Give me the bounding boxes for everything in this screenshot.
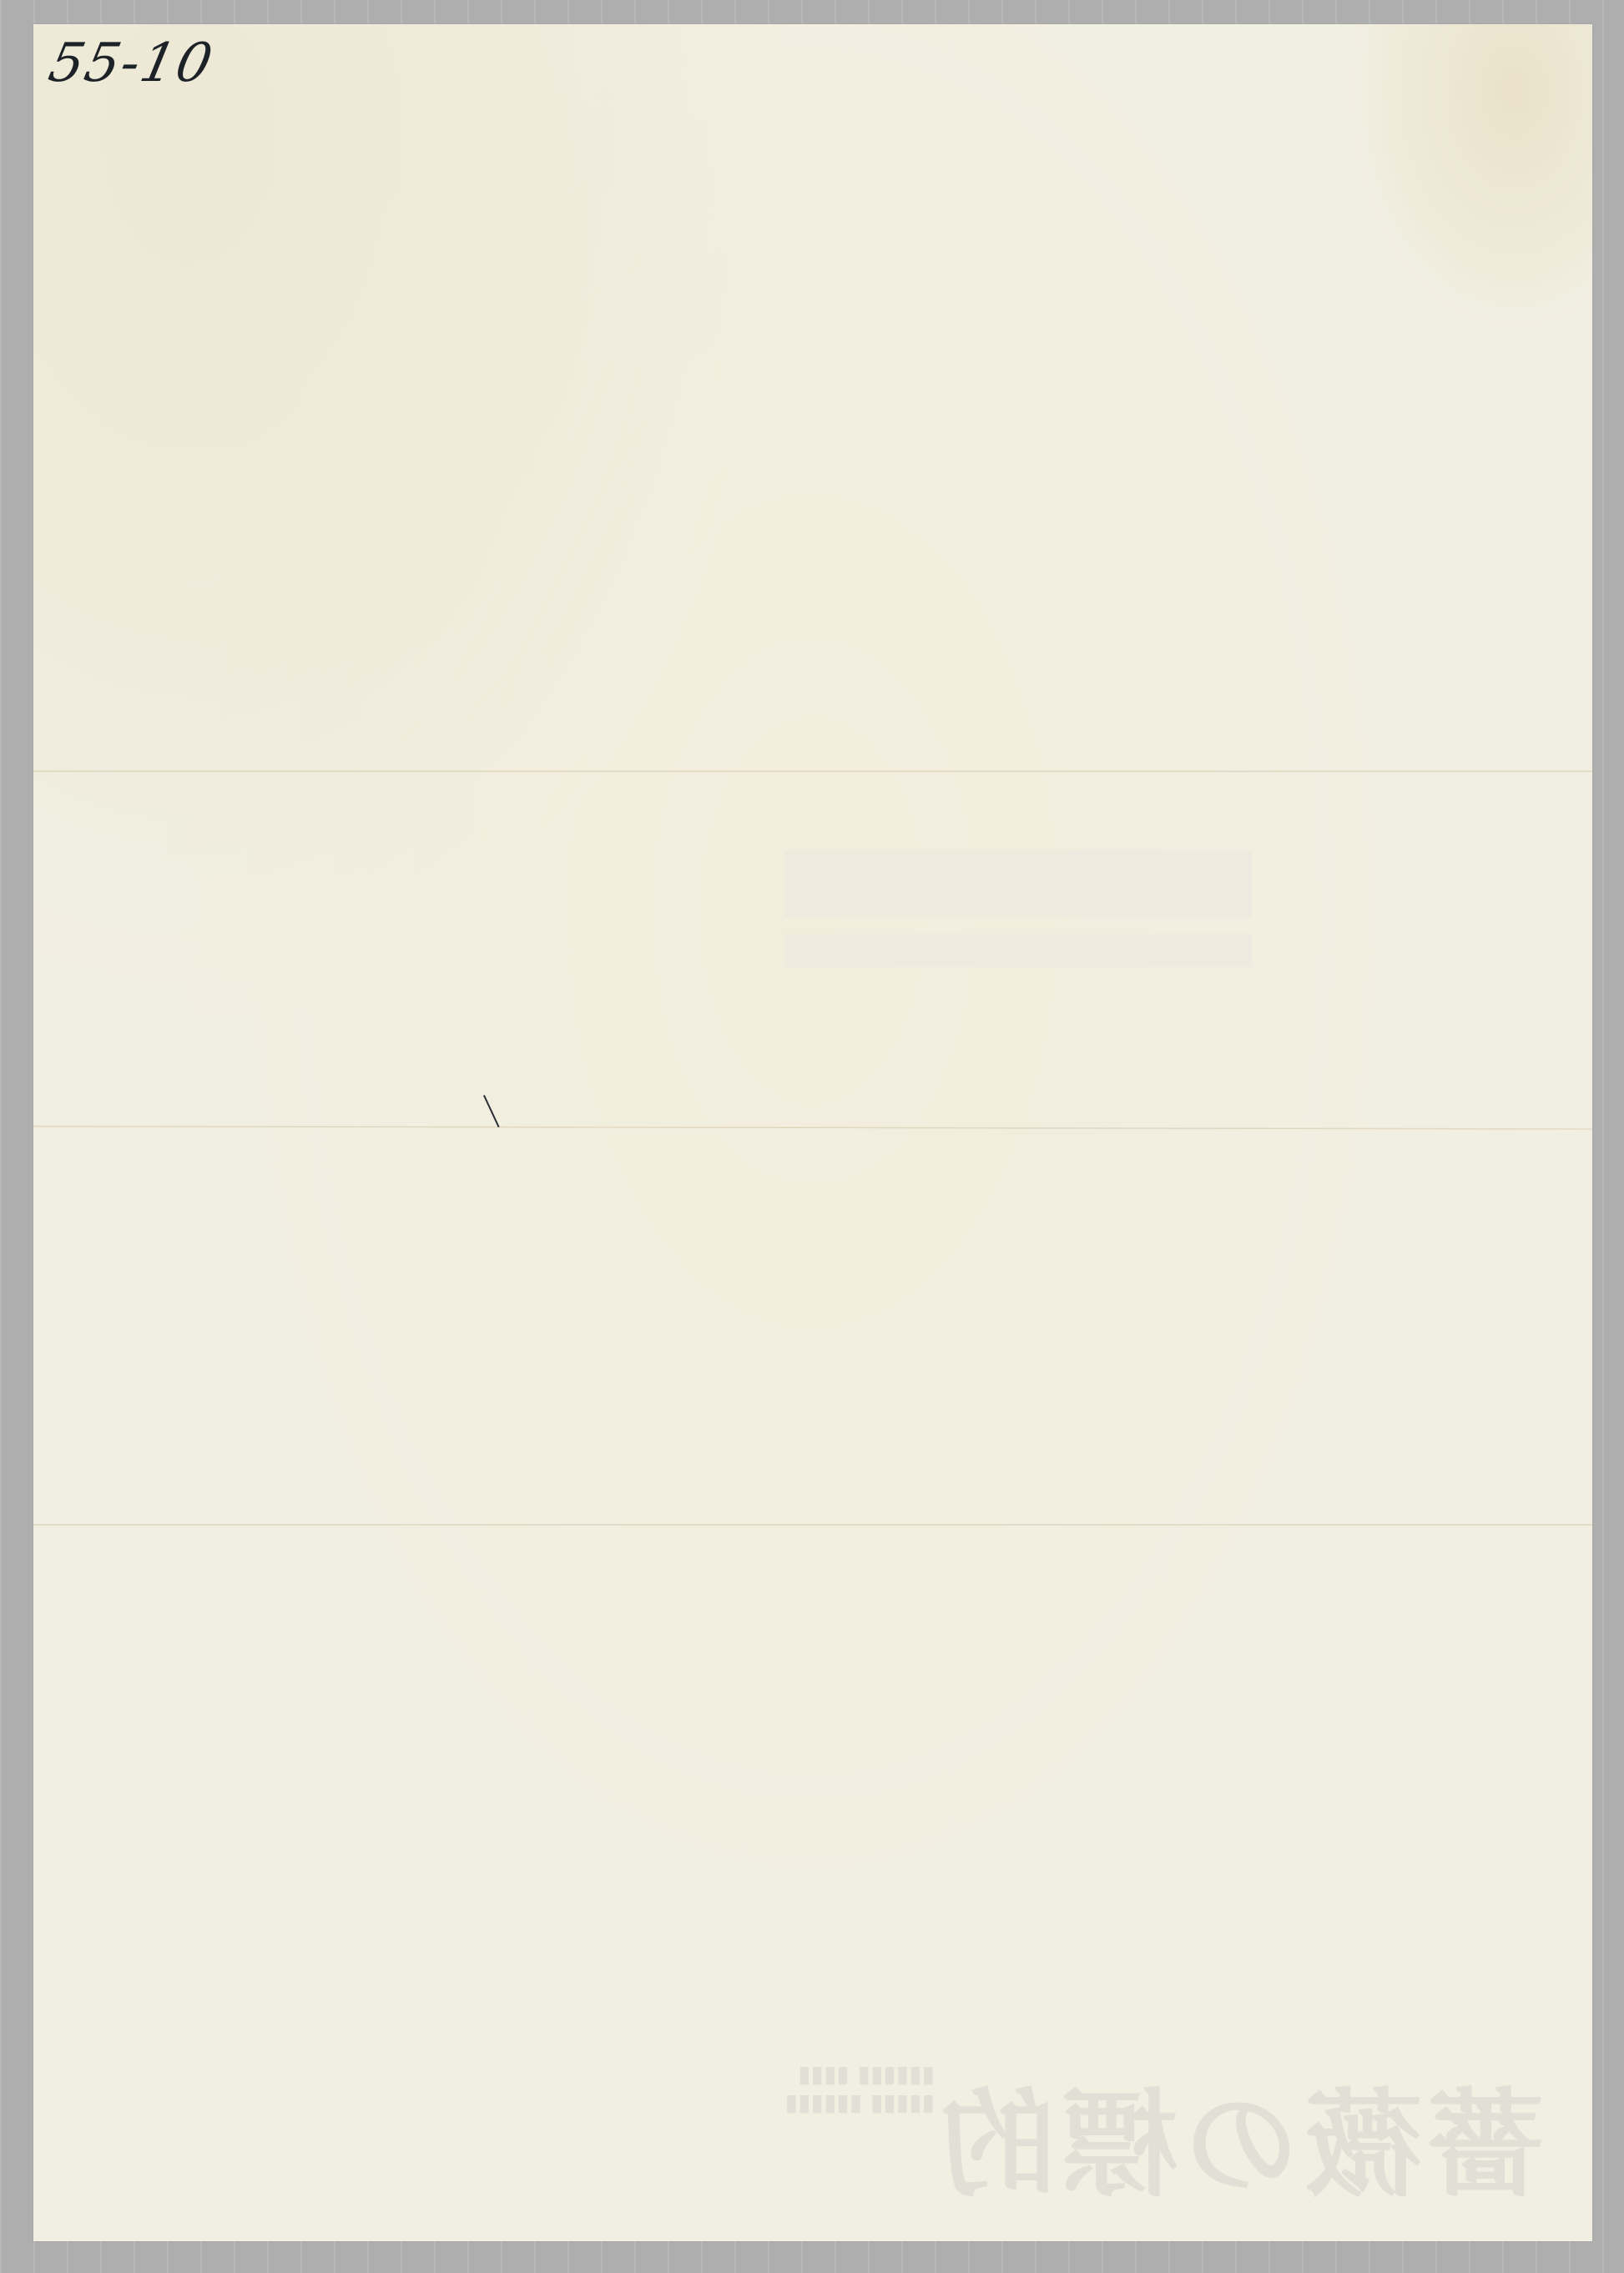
show-through-small-text: ▮▮▮▮▮▮ ▮▮▮▮ ▮▮▮▮▮ ▮▮▮▮▮▮ bbox=[751, 2060, 935, 2117]
fold-line-3 bbox=[33, 1524, 1592, 1527]
paper-sheet: 55-10 ▮▮▮▮▮▮ ▮▮▮▮ ▮▮▮▮▮ ▮▮▮▮▮▮ 薔薇の標的 bbox=[33, 24, 1592, 2241]
show-through-title: 薔薇の標的 bbox=[935, 2052, 1544, 2220]
fold-line-2 bbox=[33, 1125, 1592, 1131]
show-through-block bbox=[784, 934, 1252, 967]
handwritten-catalog-number: 55-10 bbox=[43, 33, 219, 94]
show-through-block bbox=[784, 850, 1252, 917]
pen-mark bbox=[483, 1095, 500, 1127]
fold-line-1 bbox=[33, 770, 1592, 774]
